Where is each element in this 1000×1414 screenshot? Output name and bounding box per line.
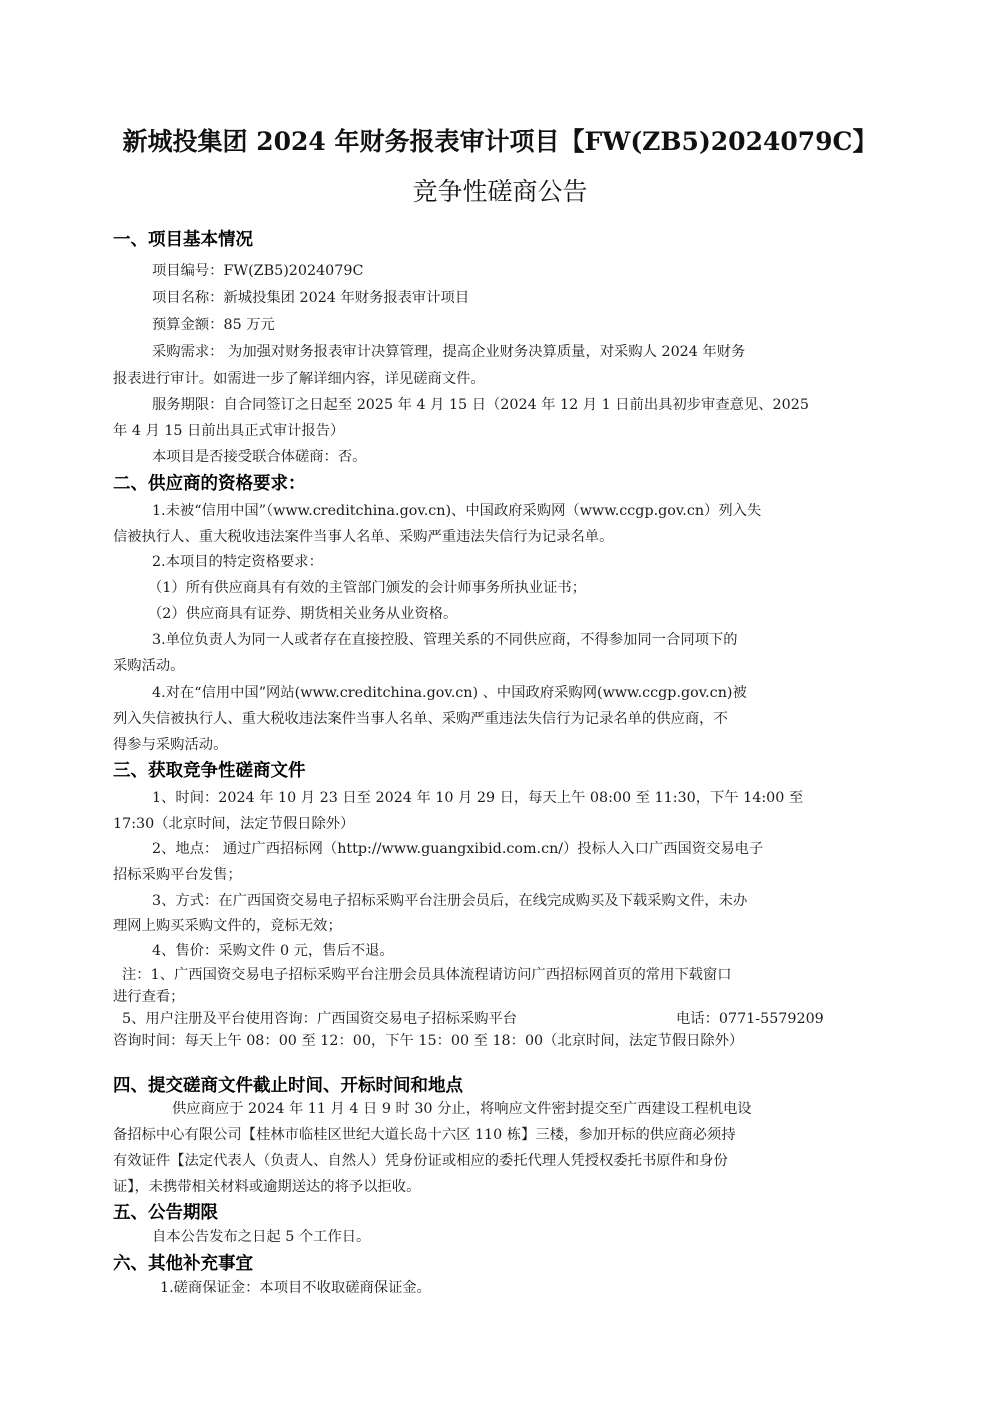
qualification-4-cont: 列入失信被执行人、重大税收违法案件当事人名单、采购严重违法失信行为记录名单的供应… <box>113 708 728 728</box>
qualification-1: 1.未被“信用中国”（www.creditchina.gov.cn)、中国政府采… <box>152 500 761 520</box>
section-heading-3: 三、获取竞争性磋商文件 <box>113 757 306 782</box>
qualification-2-2: （2）供应商具有证券、期货相关业务从业资格。 <box>148 603 457 623</box>
submission-deadline-cont: 备招标中心有限公司【桂林市临桂区世纪大道长岛十六区 110 栋】三楼，参加开标的… <box>113 1124 736 1144</box>
registration-consult: 5、用户注册及平台使用咨询：广西国资交易电子招标采购平台 <box>122 1008 517 1028</box>
procurement-need: 采购需求： 为加强对财务报表审计决算管理，提高企业财务决算质量，对采购人 202… <box>152 341 745 361</box>
submission-deadline-cont2: 有效证件【法定代表人（负责人、自然人）凭身份证或相应的委托代理人凭授权委托书原件… <box>113 1150 728 1170</box>
qualification-2-1: （1）所有供应商具有有效的主管部门颁发的会计师事务所执业证书； <box>148 577 586 597</box>
consortium-accepted: 本项目是否接受联合体磋商：否。 <box>152 446 366 466</box>
section-heading-5: 五、公告期限 <box>113 1199 218 1224</box>
service-period: 服务期限：自合同签订之日起至 2025 年 4 月 15 日（2024 年 12… <box>152 394 809 414</box>
consult-phone: 电话：0771-5579209 <box>676 1008 824 1028</box>
qualification-4: 4.对在“信用中国”网站(www.creditchina.gov.cn) 、中国… <box>152 682 747 702</box>
service-period-cont: 年 4 月 15 日前出具正式审计报告） <box>113 420 344 440</box>
document-price: 4、售价：采购文件 0 元，售后不退。 <box>152 940 394 960</box>
announcement-period: 自本公告发布之日起 5 个工作日。 <box>152 1226 370 1246</box>
budget-amount: 预算金额：85 万元 <box>152 314 275 334</box>
obtain-time: 1、时间：2024 年 10 月 23 日至 2024 年 10 月 29 日，… <box>152 787 803 807</box>
deposit-info: 1.磋商保证金：本项目不收取磋商保证金。 <box>160 1277 431 1297</box>
note-1: 注：1、广西国资交易电子招标采购平台注册会员具体流程请访问广西招标网首页的常用下… <box>122 964 732 984</box>
qualification-3: 3.单位负责人为同一人或者存在直接控股、管理关系的不同供应商，不得参加同一合同项… <box>152 629 738 649</box>
obtain-location: 2、地点： 通过广西招标网（http://www.guangxibid.com.… <box>152 838 763 858</box>
procurement-need-cont: 报表进行审计。如需进一步了解详细内容，详见磋商文件。 <box>113 368 485 388</box>
section-heading-6: 六、其他补充事宜 <box>113 1250 253 1275</box>
obtain-method-cont: 理网上购买采购文件的，竞标无效； <box>113 915 342 935</box>
project-number: 项目编号：FW(ZB5)2024079C <box>152 260 363 280</box>
qualification-2: 2.本项目的特定资格要求： <box>152 551 323 571</box>
section-heading-4: 四、提交磋商文件截止时间、开标时间和地点 <box>113 1072 463 1097</box>
submission-deadline: 供应商应于 2024 年 11 月 4 日 9 时 30 分止，将响应文件密封提… <box>172 1098 752 1118</box>
section-heading-1: 一、项目基本情况 <box>113 226 253 251</box>
obtain-location-cont: 招标采购平台发售； <box>113 864 242 884</box>
document-page: 新城投集团 2024 年财务报表审计项目【FW(ZB5)2024079C】 竞争… <box>0 0 1000 1414</box>
document-subtitle: 竞争性磋商公告 <box>0 172 1000 208</box>
note-1-cont: 进行查看； <box>113 986 184 1006</box>
obtain-method: 3、方式：在广西国资交易电子招标采购平台注册会员后，在线完成购买及下载采购文件，… <box>152 890 747 910</box>
obtain-time-cont: 17:30（北京时间，法定节假日除外） <box>113 813 354 833</box>
project-name: 项目名称：新城投集团 2024 年财务报表审计项目 <box>152 287 469 307</box>
qualification-4-cont2: 得参与采购活动。 <box>113 734 227 754</box>
qualification-3-cont: 采购活动。 <box>113 655 184 675</box>
qualification-1-cont: 信被执行人、重大税收违法案件当事人名单、采购严重违法失信行为记录名单。 <box>113 526 613 546</box>
submission-deadline-cont3: 证】，未携带相关材料或逾期送达的将予以拒收。 <box>113 1176 420 1196</box>
section-heading-2: 二、供应商的资格要求： <box>113 470 306 495</box>
consult-hours: 咨询时间：每天上午 08：00 至 12：00，下午 15：00 至 18：00… <box>113 1030 743 1050</box>
document-title: 新城投集团 2024 年财务报表审计项目【FW(ZB5)2024079C】 <box>0 122 1000 158</box>
